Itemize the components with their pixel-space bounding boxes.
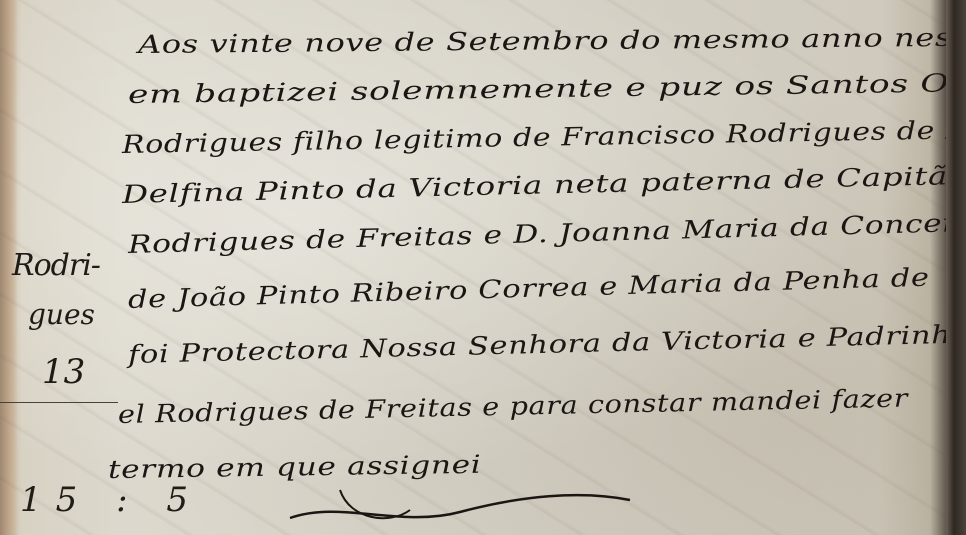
page-edge-shadow [946,0,966,535]
record-line-7: foi Protectora Nossa Senhora da Victoria… [128,319,966,369]
record-line-5: Rodrigues de Freitas e D. Joanna Maria d… [128,207,966,259]
record-line-2: em baptizei solemnemente e puz os Santos… [128,67,966,109]
record-body: Aos vinte nove de Setembro do mesmo anno… [0,0,966,535]
signature-flourish [280,470,640,530]
record-line-3: Rodrigues filho legitimo de Francisco Ro… [122,113,966,159]
page-marks: 15 : 5 [20,480,202,520]
record-line-6: de João Pinto Ribeiro Correa e Maria da … [128,263,930,314]
record-line-8: el Rodrigues de Freitas e para constar m… [118,383,909,429]
record-line-4: Delfina Pinto da Victoria neta paterna d… [122,161,966,209]
record-line-1: Aos vinte nove de Setembro do mesmo anno… [138,22,966,59]
manuscript-page: Rodri- gues 13 Aos vinte nove de Setembr… [0,0,966,535]
